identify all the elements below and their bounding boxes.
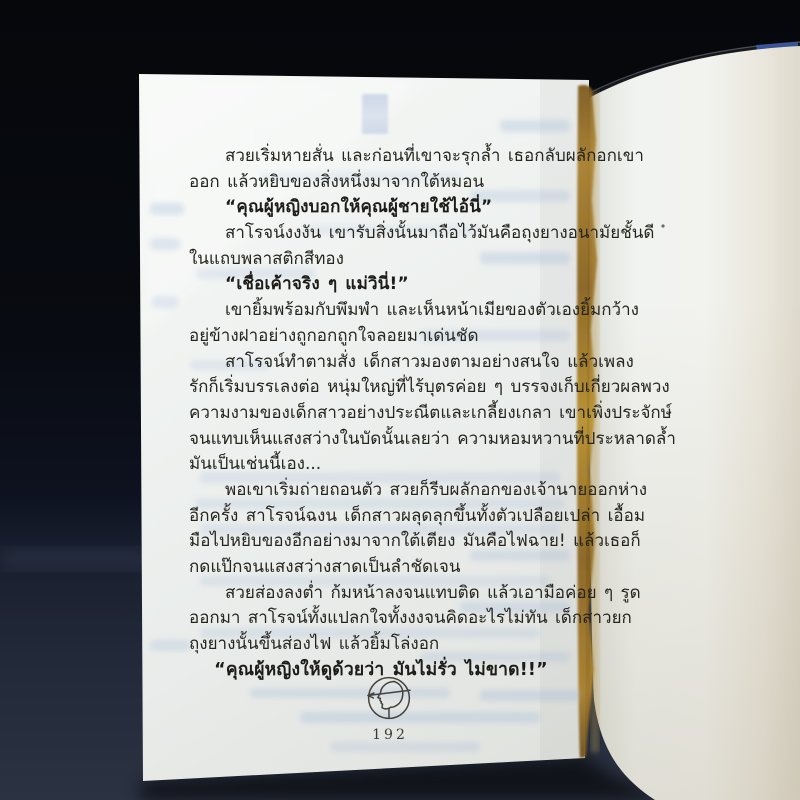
text-line-8: อยู่ข้างฝาอย่างถูกอกถูกใจลอยมาเด่นชัด [189, 324, 573, 350]
photo-of-open-book: สวยเริ่มหายสั่น และก่อนที่เขาจะรุกล้ำ เธ… [0, 0, 800, 800]
dust-speck [661, 224, 664, 227]
text-line-16: มือไปหยิบของอีกอย่างมาจากใต้เตียง มันคือ… [189, 529, 573, 555]
text-line-11: ความงามของเด็กสาวอย่างประณีตและเกลี้ยงเก… [189, 401, 573, 427]
page-text: สวยเริ่มหายสั่น และก่อนที่เขาจะรุกล้ำ เธ… [189, 144, 573, 683]
text-line-12: จนแทบเห็นแสงสว่างในบัดนั้นเลยว่า ความหอม… [189, 427, 573, 453]
text-line-9: สาโรจน์ทำตามสั่ง เด็กสาวมองตามอย่างสนใจ … [189, 350, 573, 376]
page-number: 192 [350, 727, 430, 743]
text-line-1: สวยเริ่มหายสั่น และก่อนที่เขาจะรุกล้ำ เธ… [189, 144, 573, 170]
text-line-2: ออก แล้วหยิบของสิ่งหนึ่งมาจากใต้หมอน [189, 170, 573, 196]
text-line-17: กดแป๊กจนแสงสว่างสาดเป็นลำชัดเจน [189, 555, 573, 581]
text-line-20: ถุงยางนั้นขึ้นส่องไฟ แล้วยิ้มโล่งอก [189, 632, 573, 658]
text-line-18: สวยส่องลงต่ำ ก้มหน้าลงจนแทบติด แล้วเอามื… [189, 581, 573, 607]
showthrough-emblem [362, 94, 388, 134]
text-line-15: อีกครั้ง สาโรจน์ฉงน เด็กสาวผลุดลุกขึ้นทั… [189, 504, 573, 530]
text-line-5: ในแถบพลาสติกสีทอง [189, 247, 573, 273]
text-line-13: มันเป็นเช่นนี้เอง... [189, 452, 573, 478]
text-line-10: รักก็เริ่มบรรเลงต่อ หนุ่มใหญ่ที่ไร้บุตรค… [189, 375, 573, 401]
text-line-14: พอเขาเริ่มถ่ายถอนตัว สวยก็รีบผลักอกของเจ… [189, 478, 573, 504]
text-line-19: ออกมา สาโรจน์ทั้งแปลกใจทั้งงงจนคิดอะไรไม… [189, 606, 573, 632]
text-line-7: เขายิ้มพร้อมกับพึมพำ และเห็นหน้าเมียของต… [189, 298, 573, 324]
head-profile-arrow-ornament-icon [366, 675, 412, 721]
text-line-4: สาโรจน์งงงัน เขารับสิ่งนั้นมาถือไว้มันคื… [189, 221, 573, 247]
text-line-3: “คุณผู้หญิงบอกให้คุณผู้ชายใช้ไอ้นี่” [189, 195, 573, 221]
text-line-6: “เชื่อเค้าจริง ๆ แม่วินี่!” [189, 272, 573, 298]
